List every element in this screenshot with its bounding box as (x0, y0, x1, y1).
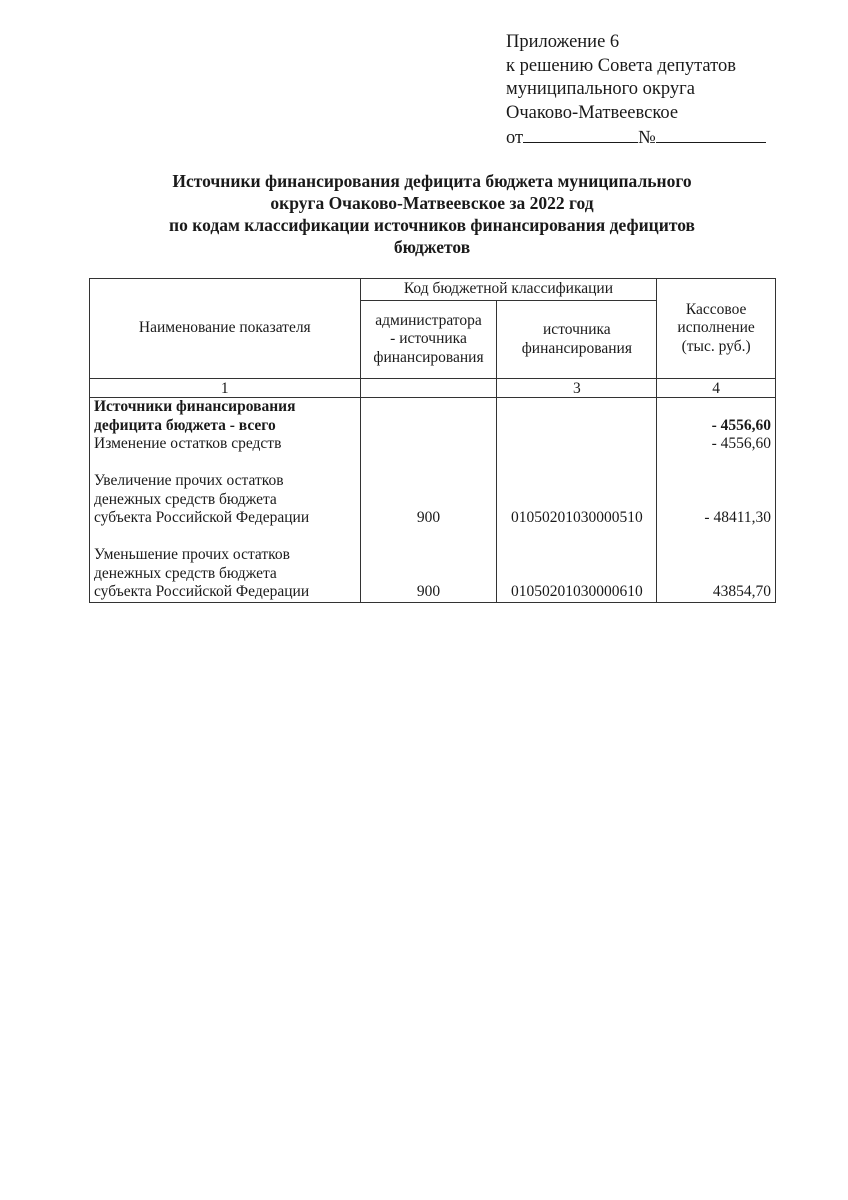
table-row-name: Увеличение прочих остатков (94, 472, 356, 491)
source-code: 01050201030000610 (501, 583, 652, 602)
number-sign: № (638, 128, 656, 148)
header-execution: Кассовое исполнение (тыс. руб.) (657, 279, 776, 379)
amount-balance-change: - 4556,60 (661, 435, 771, 454)
table-row-name: субъекта Российской Федерации (94, 583, 356, 602)
date-blank (523, 125, 638, 143)
appendix-date-number-line: от№ (506, 125, 766, 151)
column-numbers-row: 1 3 4 (90, 379, 776, 398)
table-row-name: денежных средств бюджета (94, 491, 356, 510)
amounts-cell: - 4556,60 - 4556,60 - 48411,30 43854,70 (657, 398, 776, 603)
table-row-name: Изменение остатков средств (94, 435, 356, 454)
indicator-names-cell: Источники финансирования дефицита бюджет… (90, 398, 361, 603)
title-line-1: Источники финансирования дефицита бюджет… (90, 170, 774, 192)
table-row-name: денежных средств бюджета (94, 565, 356, 584)
date-prefix: от (506, 128, 523, 148)
header-execution-line: исполнение (661, 319, 771, 338)
table-row-name: Уменьшение прочих остатков (94, 546, 356, 565)
header-execution-line: Кассовое (661, 301, 771, 320)
appendix-district-name: Очаково-Матвеевское (506, 102, 766, 126)
appendix-header: Приложение 6 к решению Совета депутатов … (506, 31, 766, 151)
header-admin-line: - источника (365, 330, 493, 349)
title-line-2: округа Очаково-Матвеевское за 2022 год (90, 192, 774, 214)
admin-code: 900 (365, 583, 493, 602)
administrator-codes-cell: 900 900 (360, 398, 497, 603)
amount-total: - 4556,60 (661, 417, 771, 436)
financing-sources-table: Наименование показателя Код бюджетной кл… (89, 278, 776, 603)
table-row-name: Источники финансирования (94, 398, 356, 417)
column-number: 3 (497, 379, 657, 398)
header-administrator: администратора - источника финансировани… (360, 301, 497, 379)
title-line-3: по кодам классификации источников финанс… (90, 214, 774, 236)
header-source: источника финансирования (497, 301, 657, 379)
table-row-name: субъекта Российской Федерации (94, 509, 356, 528)
source-codes-cell: 01050201030000510 01050201030000610 (497, 398, 657, 603)
admin-code: 900 (365, 509, 493, 528)
header-execution-line: (тыс. руб.) (661, 338, 771, 357)
table-body: Источники финансирования дефицита бюджет… (90, 398, 776, 603)
number-blank (656, 125, 766, 143)
appendix-decision-line: к решению Совета депутатов (506, 55, 766, 79)
column-number: 1 (90, 379, 361, 398)
header-admin-line: администратора (365, 312, 493, 331)
document-title: Источники финансирования дефицита бюджет… (90, 170, 774, 258)
appendix-district-line: муниципального округа (506, 78, 766, 102)
column-number: 4 (657, 379, 776, 398)
header-source-line: источника (501, 321, 652, 340)
header-admin-line: финансирования (365, 349, 493, 368)
amount-increase: - 48411,30 (661, 509, 771, 528)
title-line-4: бюджетов (90, 236, 774, 258)
column-number (360, 379, 497, 398)
header-code-group: Код бюджетной классификации (360, 279, 657, 301)
table-header-row: Наименование показателя Код бюджетной кл… (90, 279, 776, 301)
table-row-name: дефицита бюджета - всего (94, 417, 356, 436)
amount-decrease: 43854,70 (661, 583, 771, 602)
header-source-line: финансирования (501, 340, 652, 359)
source-code: 01050201030000510 (501, 509, 652, 528)
appendix-title: Приложение 6 (506, 31, 766, 55)
header-indicator-name: Наименование показателя (90, 279, 361, 379)
